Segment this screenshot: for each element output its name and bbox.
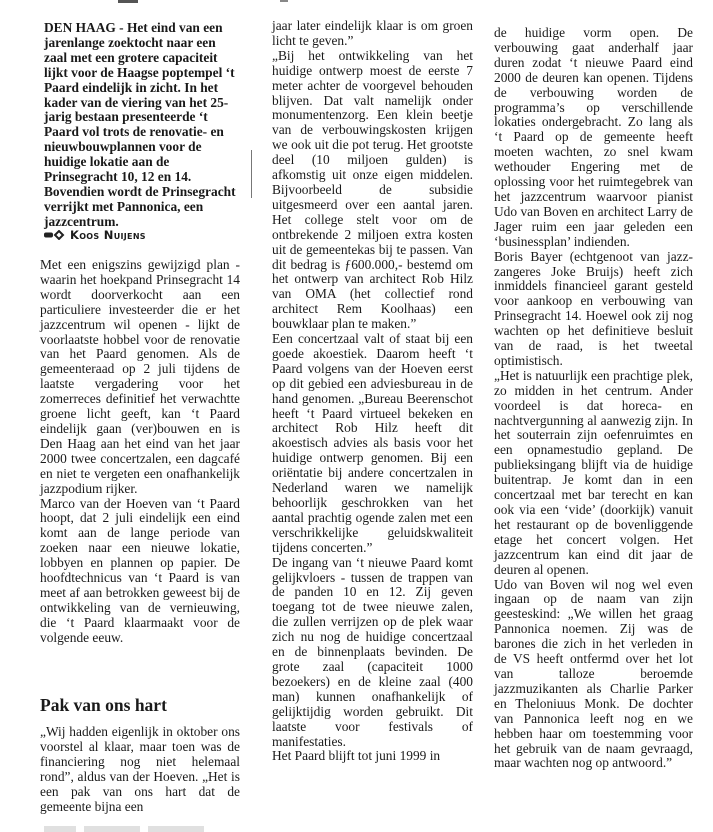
column-2: jaar later eindelijk klaar is om groen l…: [272, 19, 473, 764]
paragraph: Een concertzaal valt of staat bij een go…: [272, 332, 473, 556]
article-lead: DEN HAAG - Het eind van een jarenlange z…: [44, 21, 240, 230]
clipped-text-fragment: [44, 826, 204, 832]
paragraph: Met een enigszins gewijzigd plan - waari…: [40, 258, 240, 497]
paragraph: Udo van Boven wil nog wel even ingaan op…: [494, 578, 693, 772]
paragraph: jaar later eindelijk klaar is om groen l…: [272, 19, 473, 49]
pen-arrow-icon: [44, 230, 66, 240]
column-1-continued: „Wij hadden eigenlijk in oktober ons voo…: [40, 725, 240, 814]
column-rule: [251, 150, 252, 198]
paragraph: de huidige vorm open. De verbouwing gaat…: [494, 26, 693, 250]
subheading: Pak van ons hart: [40, 695, 167, 715]
paragraph: Marco van der Hoeven van ‘t Paard hoopt,…: [40, 497, 240, 646]
column-1: Met een enigszins gewijzigd plan - waari…: [40, 258, 240, 646]
paragraph: „Bij het ontwikkeling van het huidige on…: [272, 49, 473, 332]
author-name: Koos Nuijens: [70, 228, 146, 242]
paragraph: De ingang van ‘t nieuwe Paard komt gelij…: [272, 556, 473, 750]
clipped-headline-fragment: [280, 0, 288, 2]
paragraph: „Het is natuurlijk een prachtige plek, z…: [494, 369, 693, 578]
byline: Koos Nuijens: [44, 228, 146, 242]
clipped-headline-fragment: [118, 0, 138, 3]
column-3: de huidige vorm open. De verbouwing gaat…: [494, 26, 693, 771]
paragraph: Het Paard blijft tot juni 1999 in: [272, 749, 473, 764]
paragraph: „Wij hadden eigenlijk in oktober ons voo…: [40, 725, 240, 814]
paragraph: Boris Bayer (echtgenoot van jazz-zangere…: [494, 250, 693, 369]
